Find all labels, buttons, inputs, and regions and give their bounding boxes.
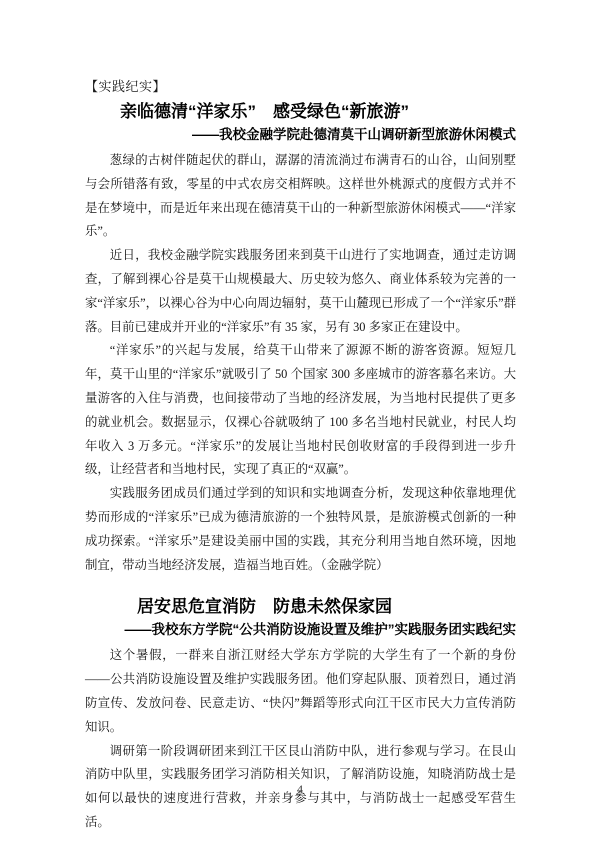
- paragraph: “洋家乐”的兴起与发展，给莫干山带来了源源不断的游客资源。短短几年，莫干山里的“…: [85, 339, 516, 482]
- article-title: 居安思危宣消防 防患未然保家园: [85, 595, 516, 619]
- article-body: 葱绿的古树伴随起伏的群山，潺潺的清流淌过布满青石的山谷，山间别墅与会所错落有致，…: [85, 149, 516, 577]
- article-subtitle: ——我校东方学院“公共消防设施设置及维护”实践服务团实践纪实: [85, 619, 516, 641]
- section-tag: 【实践纪实】: [85, 78, 516, 96]
- article-fire-safety: 居安思危宣消防 防患未然保家园 ——我校东方学院“公共消防设施设置及维护”实践服…: [85, 595, 516, 834]
- page-number: 4: [0, 781, 600, 797]
- paragraph: 实践服务团成员们通过学到的知识和实地调查分析，发现这种依靠地理优势而形成的“洋家…: [85, 482, 516, 577]
- paragraph: 葱绿的古树伴随起伏的群山，潺潺的清流淌过布满青石的山谷，山间别墅与会所错落有致，…: [85, 149, 516, 244]
- article-title: 亲临德清“洋家乐” 感受绿色“新旅游”: [85, 100, 516, 124]
- paragraph: 这个暑假，一群来自浙江财经大学东方学院的大学生有了一个新的身份——公共消防设施设…: [85, 644, 516, 739]
- document-page: 【实践纪实】 亲临德清“洋家乐” 感受绿色“新旅游” ——我校金融学院赴德清莫干…: [0, 0, 600, 848]
- article-yangjiale: 亲临德清“洋家乐” 感受绿色“新旅游” ——我校金融学院赴德清莫干山调研新型旅游…: [85, 100, 516, 577]
- paragraph: 近日，我校金融学院实践服务团来到莫干山进行了实地调查，通过走访调查，了解到裸心谷…: [85, 244, 516, 339]
- article-subtitle: ——我校金融学院赴德清莫干山调研新型旅游休闲模式: [85, 124, 516, 146]
- article-body: 这个暑假，一群来自浙江财经大学东方学院的大学生有了一个新的身份——公共消防设施设…: [85, 644, 516, 834]
